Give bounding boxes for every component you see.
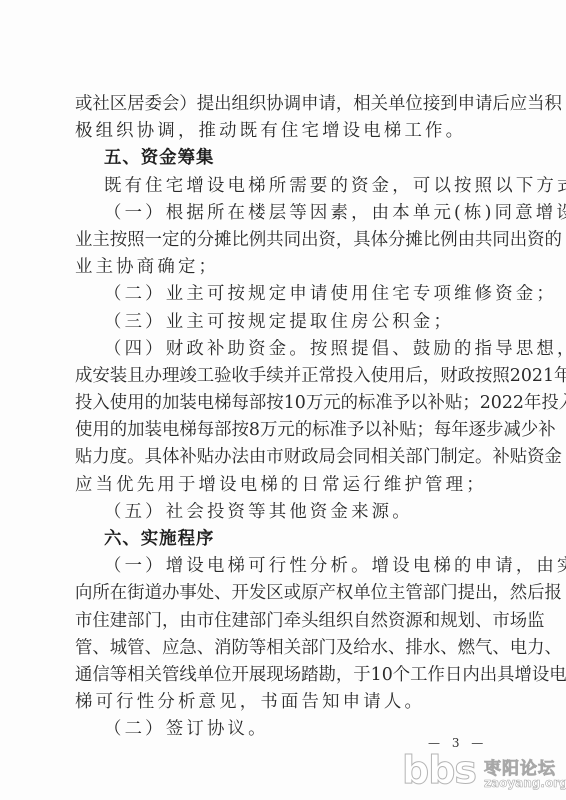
text-line: 向所在街道办事处、开发区或原产权单位主管部门提出，然后报 xyxy=(75,580,495,607)
text-line: （三）业主可按规定提取住房公积金； xyxy=(75,309,495,336)
text-line: 管、城管、应急、消防等相关部门及给水、排水、燃气、电力、 xyxy=(75,635,495,662)
document-page: 或社区居委会）提出组织协调申请，相关单位接到申请后应当积极组织协调，推动既有住宅… xyxy=(0,0,566,800)
text-line: 使用的加装电梯每部按8万元的标准予以补贴；每年逐步减少补 xyxy=(75,417,495,444)
text-line: （一）根据所在楼层等因素，由本单元(栋)同意增设电梯的 xyxy=(75,200,495,227)
text-line: 投入使用的加装电梯每部按10万元的标准予以补贴；2022年投入 xyxy=(75,390,495,417)
text-line: 梯可行性分析意见，书面告知申请人。 xyxy=(75,689,495,716)
text-line: （五）社会投资等其他资金来源。 xyxy=(75,499,495,526)
document-body: 或社区居委会）提出组织协调申请，相关单位接到申请后应当积极组织协调，推动既有住宅… xyxy=(75,91,495,744)
text-line: 成安装且办理竣工验收手续并正常投入使用后，财政按照2021年 xyxy=(75,363,495,390)
text-line: 市住建部门，由市住建部门牵头组织自然资源和规划、市场监 xyxy=(75,608,495,635)
watermark-bbs-logo: bbs xyxy=(402,748,476,792)
text-line: 既有住宅增设电梯所需要的资金，可以按照以下方式筹集： xyxy=(75,173,495,200)
section-heading: 五、资金筹集 xyxy=(75,145,495,172)
text-line: （四）财政补助资金。按照提倡、鼓励的指导思想，电梯完 xyxy=(75,336,495,363)
section-heading: 六、实施程序 xyxy=(75,526,495,553)
forum-watermark: bbs 枣阳论坛 zaoyang.org xyxy=(402,752,566,796)
text-line: 或社区居委会）提出组织协调申请，相关单位接到申请后应当积 xyxy=(75,91,495,118)
text-line: 通信等相关管线单位开展现场踏勘，于10个工作日内出具增设电 xyxy=(75,662,495,689)
text-line: 业主协商确定； xyxy=(75,254,495,281)
watermark-url: zaoyang.org xyxy=(484,776,566,790)
text-line: 应当优先用于增设电梯的日常运行维护管理； xyxy=(75,472,495,499)
text-line: 业主按照一定的分摊比例共同出资，具体分摊比例由共同出资的 xyxy=(75,227,495,254)
text-line: 极组织协调，推动既有住宅增设电梯工作。 xyxy=(75,118,495,145)
text-line: （一）增设电梯可行性分析。增设电梯的申请，由实施主体 xyxy=(75,553,495,580)
text-line: （二）业主可按规定申请使用住宅专项维修资金； xyxy=(75,281,495,308)
text-line: 贴力度。具体补贴办法由市财政局会同相关部门制定。补贴资金 xyxy=(75,444,495,471)
